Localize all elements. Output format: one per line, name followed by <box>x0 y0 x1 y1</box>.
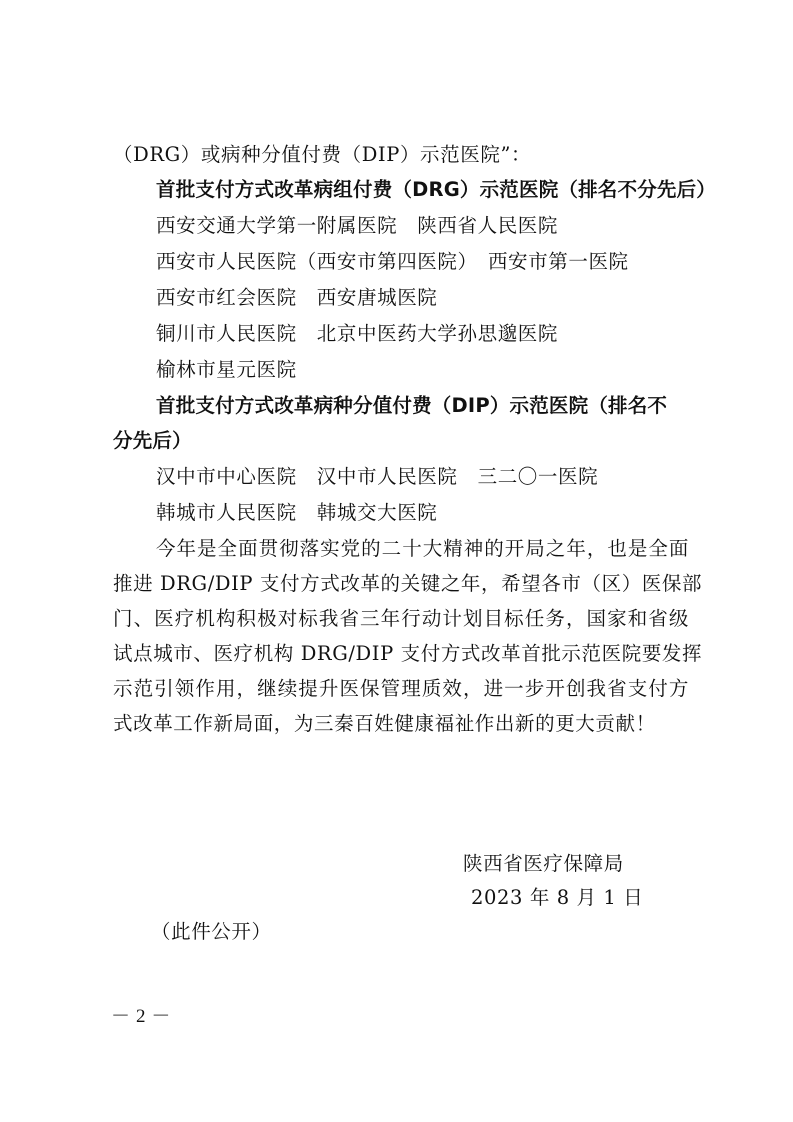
issue-date: 2023 年 8 月 1 日 <box>471 886 643 910</box>
dip-hospital-line: 汉中市中心医院 汉中市人民医院 三二〇一医院 <box>156 465 598 489</box>
drg-section-heading: 首批支付方式改革病组付费（DRG）示范医院（排名不分先后） <box>156 178 716 202</box>
intro-line: （DRG）或病种分值付费（DIP）示范医院”： <box>113 143 531 167</box>
dip-section-heading-line1: 首批支付方式改革病种分值付费（DIP）示范医院（排名不 <box>156 394 667 418</box>
page-number: － 2 － <box>111 1005 171 1029</box>
disclosure-note: （此件公开） <box>151 920 272 944</box>
drg-hospital-line: 西安交通大学第一附属医院 陕西省人民医院 <box>156 214 558 238</box>
paragraph-line: 门、医疗机构积极对标我省三年行动计划目标任务，国家和省级 <box>113 607 689 631</box>
paragraph-line: 今年是全面贯彻落实党的二十大精神的开局之年，也是全面 <box>156 537 689 561</box>
drg-hospital-line: 铜川市人民医院 北京中医药大学孙思邈医院 <box>156 322 558 346</box>
paragraph-line: 式改革工作新局面，为三秦百姓健康福祉作出新的更大贡献！ <box>113 712 656 736</box>
paragraph-line: 示范引领作用，继续提升医保管理质效，进一步开创我省支付方 <box>113 677 689 701</box>
paragraph-line: 试点城市、医疗机构 DRG/DIP 支付方式改革首批示范医院要发挥 <box>113 642 689 666</box>
dip-section-heading-line2: 分先后） <box>113 429 192 453</box>
drg-hospital-line: 榆林市星元医院 <box>156 358 297 382</box>
drg-hospital-line: 西安市红会医院 西安唐城医院 <box>156 286 437 310</box>
issuer-name: 陕西省医疗保障局 <box>463 852 624 876</box>
document-page: （DRG）或病种分值付费（DIP）示范医院”： 首批支付方式改革病组付费（DRG… <box>0 0 793 1122</box>
paragraph-line: 推进 DRG/DIP 支付方式改革的关键之年，希望各市（区）医保部 <box>113 572 689 596</box>
drg-hospital-line: 西安市人民医院（西安市第四医院） 西安市第一医院 <box>156 250 629 274</box>
dip-hospital-line: 韩城市人民医院 韩城交大医院 <box>156 501 437 525</box>
